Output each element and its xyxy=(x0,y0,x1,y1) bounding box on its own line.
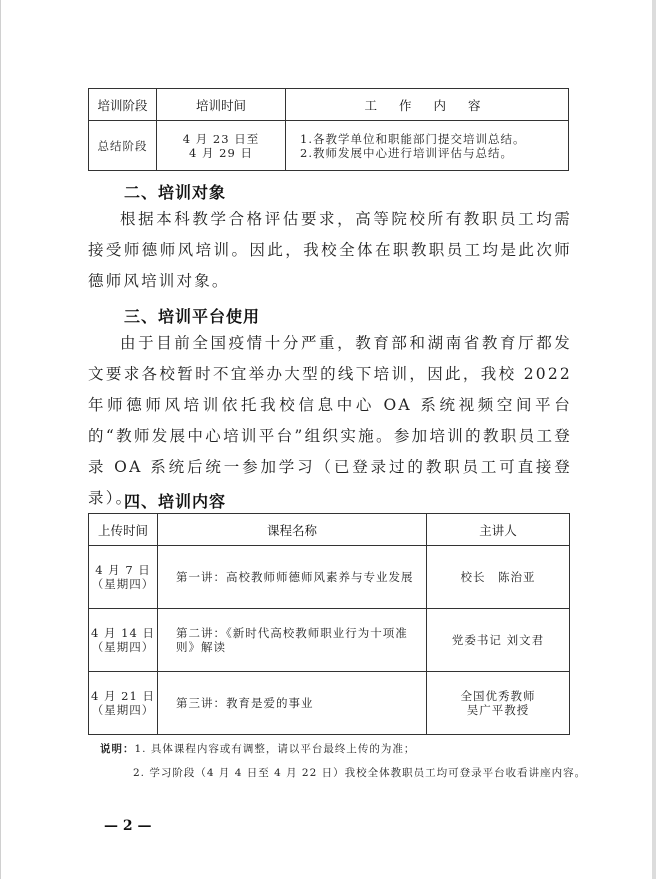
stage-cell: 总结阶段 xyxy=(89,121,157,171)
page-left-edge xyxy=(0,0,1,879)
note-item: 2. 学习阶段（4 月 4 日至 4 月 22 日）我校全体教职员工均可登录平台… xyxy=(133,767,586,779)
section-heading-platform-usage: 三、培训平台使用 xyxy=(124,304,260,327)
note-line-2: 2. 学习阶段（4 月 4 日至 4 月 22 日）我校全体教职员工均可登录平台… xyxy=(133,765,586,780)
table-row: 4 月 21 日 （星期四） 第三讲：教育是爱的事业 全国优秀教师 吴广平教授 xyxy=(89,672,570,735)
speaker: 全国优秀教师 xyxy=(427,689,569,703)
note-item: 1. 具体课程内容或有调整，请以平台最终上传的为准； xyxy=(135,743,416,755)
table-row: 4 月 14 日 （星期四） 第二讲：《新时代高校教师职业行为十项准则》解读 党… xyxy=(89,609,570,672)
schedule-table: 培训阶段 培训时间 工 作 内 容 总结阶段 4 月 23 日至 4 月 29 … xyxy=(88,88,569,171)
page-right-gutter xyxy=(652,0,656,879)
time-cell: 4 月 23 日至 4 月 29 日 xyxy=(157,121,286,171)
course-cell: 第二讲：《新时代高校教师职业行为十项准则》解读 xyxy=(158,609,427,672)
speaker: 党委书记 刘文君 xyxy=(427,633,569,647)
note-line-1: 说明：1. 具体课程内容或有调整，请以平台最终上传的为准； xyxy=(100,741,415,756)
speaker: 校长 陈治亚 xyxy=(427,570,569,584)
section-body-training-targets: 根据本科教学合格评估要求，高等院校所有教职员工均需接受师德师风培训。因此，我校全… xyxy=(88,204,572,297)
weekday: （星期四） xyxy=(89,577,157,591)
work-item: 1.各教学单位和职能部门提交培训总结。 xyxy=(300,132,568,146)
weekday: （星期四） xyxy=(89,703,157,717)
date: 4 月 7 日 xyxy=(89,563,157,577)
header-time: 培训时间 xyxy=(157,89,286,121)
work-item: 2.教师发展中心进行培训评估与总结。 xyxy=(300,146,568,160)
date: 4 月 14 日 xyxy=(89,626,157,640)
date-cell: 4 月 14 日 （星期四） xyxy=(89,609,158,672)
date-cell: 4 月 21 日 （星期四） xyxy=(89,672,158,735)
page-number: — 2 — xyxy=(104,818,152,834)
header-course-name: 课程名称 xyxy=(158,514,427,546)
table-row: 4 月 7 日 （星期四） 第一讲：高校教师师德师风素养与专业发展 校长 陈治亚 xyxy=(89,546,570,609)
course-table-header: 上传时间 课程名称 主讲人 xyxy=(89,514,570,546)
header-upload-time: 上传时间 xyxy=(89,514,158,546)
note-label: 说明： xyxy=(100,743,135,755)
course-cell: 第三讲：教育是爱的事业 xyxy=(158,672,427,735)
header-speaker: 主讲人 xyxy=(427,514,570,546)
date-cell: 4 月 7 日 （星期四） xyxy=(89,546,158,609)
work-cell: 1.各教学单位和职能部门提交培训总结。 2.教师发展中心进行培训评估与总结。 xyxy=(286,121,569,171)
speaker-cell: 党委书记 刘文君 xyxy=(427,609,570,672)
table-row: 总结阶段 4 月 23 日至 4 月 29 日 1.各教学单位和职能部门提交培训… xyxy=(89,121,569,171)
section-body-platform-usage: 由于目前全国疫情十分严重，教育部和湖南省教育厅都发文要求各校暂时不宜举办大型的线… xyxy=(88,328,572,514)
course-table: 上传时间 课程名称 主讲人 4 月 7 日 （星期四） 第一讲：高校教师师德师风… xyxy=(88,513,570,735)
speaker-cell: 校长 陈治亚 xyxy=(427,546,570,609)
date: 4 月 21 日 xyxy=(89,689,157,703)
time-line: 4 月 29 日 xyxy=(157,146,285,160)
speaker-cell: 全国优秀教师 吴广平教授 xyxy=(427,672,570,735)
section-heading-training-content: 四、培训内容 xyxy=(124,489,226,512)
speaker: 吴广平教授 xyxy=(427,703,569,717)
weekday: （星期四） xyxy=(89,640,157,654)
header-stage: 培训阶段 xyxy=(89,89,157,121)
course-cell: 第一讲：高校教师师德师风素养与专业发展 xyxy=(158,546,427,609)
time-line: 4 月 23 日至 xyxy=(157,132,285,146)
schedule-table-header: 培训阶段 培训时间 工 作 内 容 xyxy=(89,89,569,121)
header-work: 工 作 内 容 xyxy=(286,89,569,121)
section-heading-training-targets: 二、培训对象 xyxy=(124,180,226,203)
